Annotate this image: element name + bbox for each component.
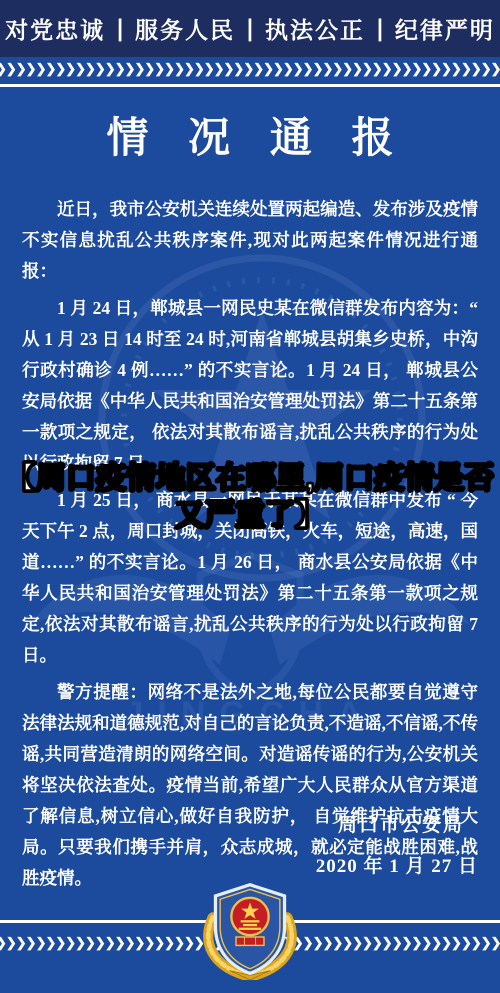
slogan-discipline: 纪律严明 <box>395 12 495 45</box>
police-badge-icon <box>194 880 306 980</box>
notice-poster: 对党忠诚 | 服务人民 | 执法公正 | 纪律严明 ❯❯❯❯❯❯❯❯❯❯❯❯❯❯… <box>0 0 500 993</box>
chevron-strip-top: ❯❯❯❯❯❯❯❯❯❯❯❯❯❯❯❯❯❯❯❯❯❯❯❯❯❯❯❯❯❯❯❯❯❯❯❯❯❯❯❯… <box>0 61 500 78</box>
issue-date: 2020 年 1 月 27 日 <box>316 851 478 878</box>
header-slogan-band: 对党忠诚 | 服务人民 | 执法公正 | 纪律严明 <box>0 0 500 57</box>
slogan-fair-enforcement: 执法公正 <box>265 12 365 45</box>
overlay-headline: 【周口疫情地区在哪里,周口疫情是否 又严重了】 <box>0 460 500 534</box>
signature-block: 周口市公安局 2020 年 1 月 27 日 <box>316 810 478 878</box>
slogan-separator: | <box>247 15 253 43</box>
page-title: 情 况 通 报 <box>0 105 500 165</box>
slogan-separator: | <box>117 15 123 43</box>
paragraph-case-1: 1 月 24 日，郸城县一网民史某在微信群发布内容为：“ 从 1 月 23 日 … <box>22 293 478 479</box>
slogan-serve-people: 服务人民 <box>135 12 235 45</box>
slogan-loyalty: 对党忠诚 <box>5 12 105 45</box>
paragraph-intro: 近日，我市公安机关连续处置两起编造、发布涉及疫情不实信息扰乱公共秩序案件,现对此… <box>22 194 478 287</box>
notice-body: 近日，我市公安机关连续处置两起编造、发布涉及疫情不实信息扰乱公共秩序案件,现对此… <box>22 194 478 900</box>
issuing-authority: 周口市公安局 <box>316 810 464 837</box>
slogan-separator: | <box>377 15 383 43</box>
overlay-headline-line2: 又严重了】 <box>0 497 500 534</box>
divider-rule-top <box>0 84 500 87</box>
overlay-headline-line1: 【周口疫情地区在哪里,周口疫情是否 <box>0 460 500 497</box>
